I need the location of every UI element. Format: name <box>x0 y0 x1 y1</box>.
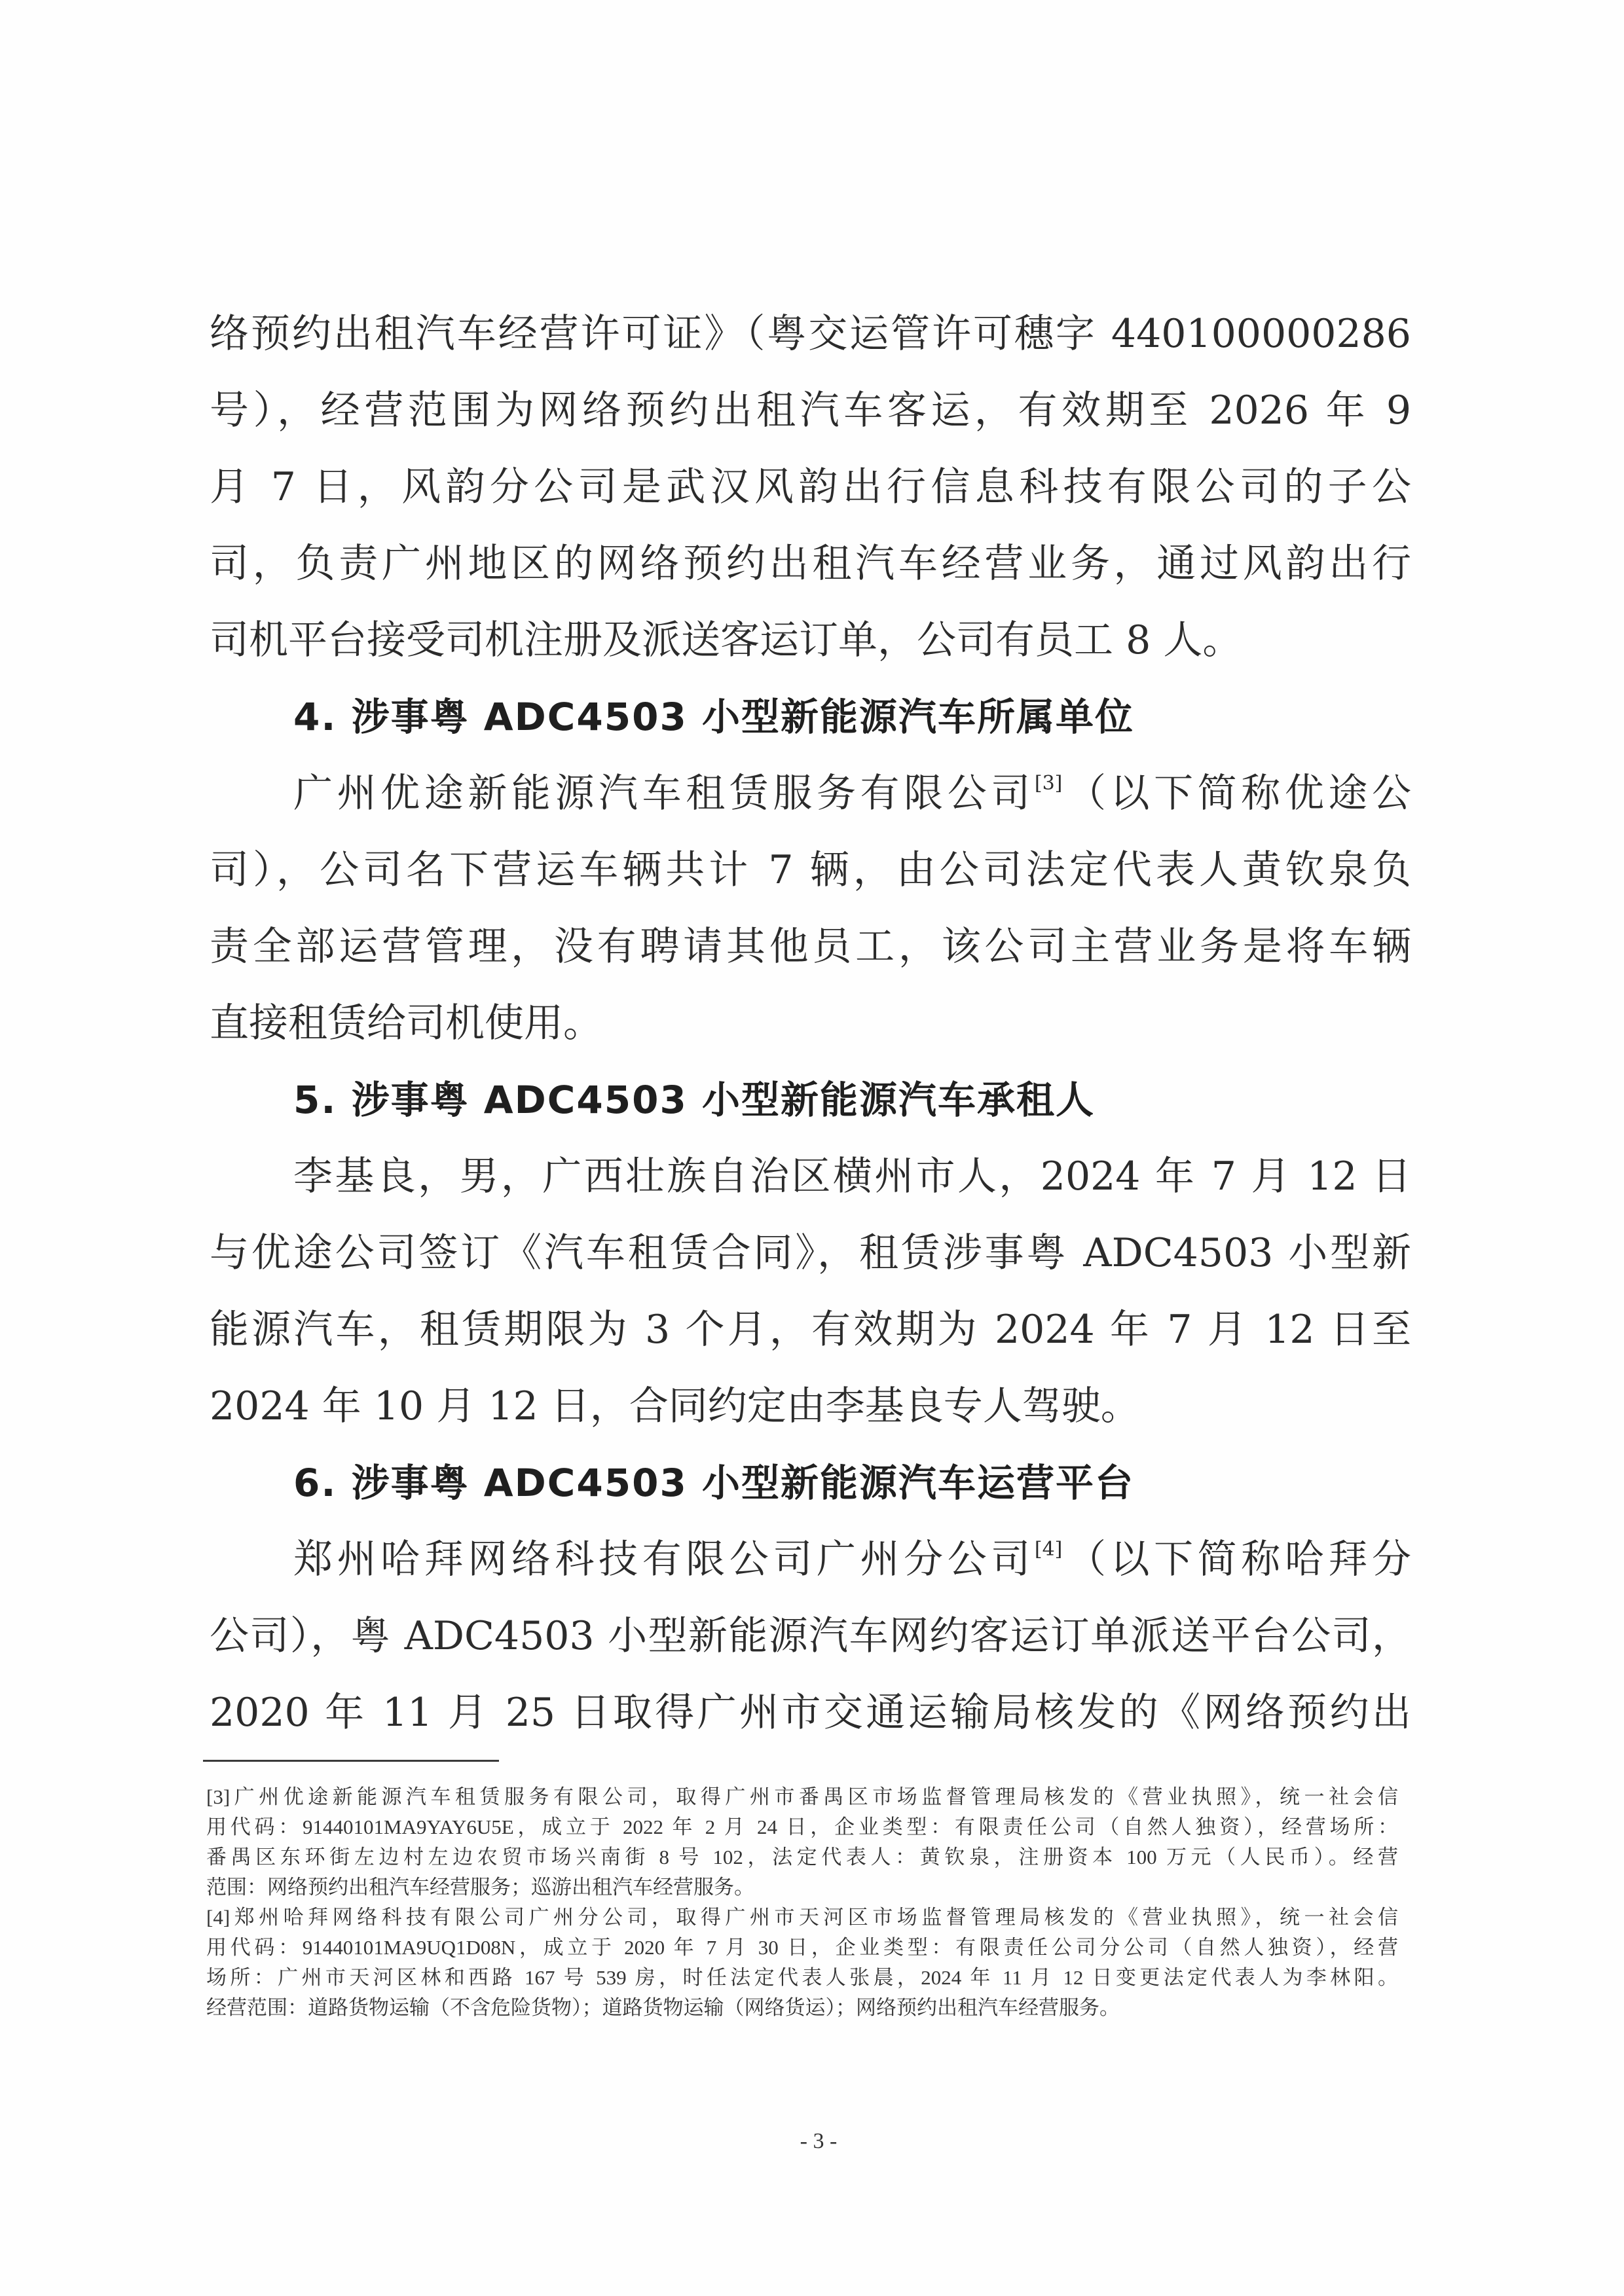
section-heading-4: 4. 涉事粤 ADC4503 小型新能源汽车所属单位 <box>210 679 1411 756</box>
paragraph-line: 2020 年 11 月 25 日取得广州市交通运输局核发的《网络预约出 <box>210 1675 1411 1751</box>
paragraph-line: 司机平台接受司机注册及派送客运订单，公司有员工 8 人。 <box>210 602 1411 679</box>
paragraph-line: 2024 年 10 月 12 日，合同约定由李基良专人驾驶。 <box>210 1368 1411 1445</box>
footnote-4-line: 场所：广州市天河区林和西路 167 号 539 房，时任法定代表人张晨，2024… <box>206 1963 1398 1993</box>
footnotes: [3]广州优途新能源汽车租赁服务有限公司，取得广州市番禺区市场监督管理局核发的《… <box>206 1782 1398 2023</box>
paragraph-line: 直接租赁给司机使用。 <box>210 985 1411 1062</box>
paragraph-line: 司），公司名下营运车辆共计 7 辆，由公司法定代表人黄钦泉负 <box>210 832 1411 909</box>
section-heading-5: 5. 涉事粤 ADC4503 小型新能源汽车承租人 <box>210 1062 1411 1139</box>
footnote-3-line: 范围：网络预约出租汽车经营服务；巡游出租汽车经营服务。 <box>206 1872 1398 1903</box>
footnote-3-line: 用代码：91440101MA9YAY6U5E，成立于 2022 年 2 月 24… <box>206 1812 1398 1842</box>
paragraph-line: 责全部运营管理，没有聘请其他员工，该公司主营业务是将车辆 <box>210 909 1411 985</box>
paragraph-text: 广州优途新能源汽车租赁服务有限公司 <box>293 771 1035 816</box>
footnote-3-line: 番禺区东环街左边村左边农贸市场兴南街 8 号 102，法定代表人：黄钦泉，注册资… <box>206 1842 1398 1872</box>
paragraph-line: 公司），粤 ADC4503 小型新能源汽车网约客运订单派送平台公司， <box>210 1598 1411 1675</box>
paragraph-text: （以下简称优途公 <box>1062 771 1411 816</box>
paragraph-line: 与优途公司签订《汽车租赁合同》，租赁涉事粤 ADC4503 小型新 <box>210 1215 1411 1292</box>
footnote-3-line: [3]广州优途新能源汽车租赁服务有限公司，取得广州市番禺区市场监督管理局核发的《… <box>206 1782 1398 1812</box>
footnote-ref-4[interactable]: [4] <box>1035 1538 1063 1561</box>
paragraph-line: 能源汽车，租赁期限为 3 个月，有效期为 2024 年 7 月 12 日至 <box>210 1292 1411 1368</box>
footnote-4-line: [4]郑州哈拜网络科技有限公司广州分公司，取得广州市天河区市场监督管理局核发的《… <box>206 1903 1398 1933</box>
paragraph-text: 郑州哈拜网络科技有限公司广州分公司 <box>293 1537 1035 1582</box>
body-text: 络预约出租汽车经营许可证》（粤交运管许可穗字 440100000286 号），经… <box>210 296 1411 1751</box>
paragraph-line: 郑州哈拜网络科技有限公司广州分公司[4]（以下简称哈拜分 <box>210 1522 1411 1598</box>
paragraph-line: 司，负责广州地区的网络预约出租汽车经营业务，通过风韵出行 <box>210 526 1411 602</box>
paragraph-line: 李基良，男，广西壮族自治区横州市人，2024 年 7 月 12 日 <box>210 1139 1411 1215</box>
section-heading-6: 6. 涉事粤 ADC4503 小型新能源汽车运营平台 <box>210 1445 1411 1522</box>
footnote-ref-3[interactable]: [3] <box>1035 772 1063 795</box>
paragraph-line: 广州优途新能源汽车租赁服务有限公司[3]（以下简称优途公 <box>210 756 1411 832</box>
document-page: 络预约出租汽车经营许可证》（粤交运管许可穗字 440100000286 号），经… <box>0 0 1624 2296</box>
paragraph-line: 络预约出租汽车经营许可证》（粤交运管许可穗字 440100000286 <box>210 296 1411 373</box>
paragraph-line: 月 7 日，风韵分公司是武汉风韵出行信息科技有限公司的子公 <box>210 449 1411 526</box>
footnote-4-line: 用代码：91440101MA9UQ1D08N，成立于 2020 年 7 月 30… <box>206 1933 1398 1963</box>
page-number: - 3 - <box>773 2129 864 2154</box>
paragraph-line: 号），经营范围为网络预约出租汽车客运，有效期至 2026 年 9 <box>210 373 1411 449</box>
footnote-4-line: 经营范围：道路货物运输（不含危险货物）；道路货物运输（网络货运）；网络预约出租汽… <box>206 1993 1398 2023</box>
paragraph-text: （以下简称哈拜分 <box>1062 1537 1411 1582</box>
footnote-separator <box>203 1760 499 1762</box>
